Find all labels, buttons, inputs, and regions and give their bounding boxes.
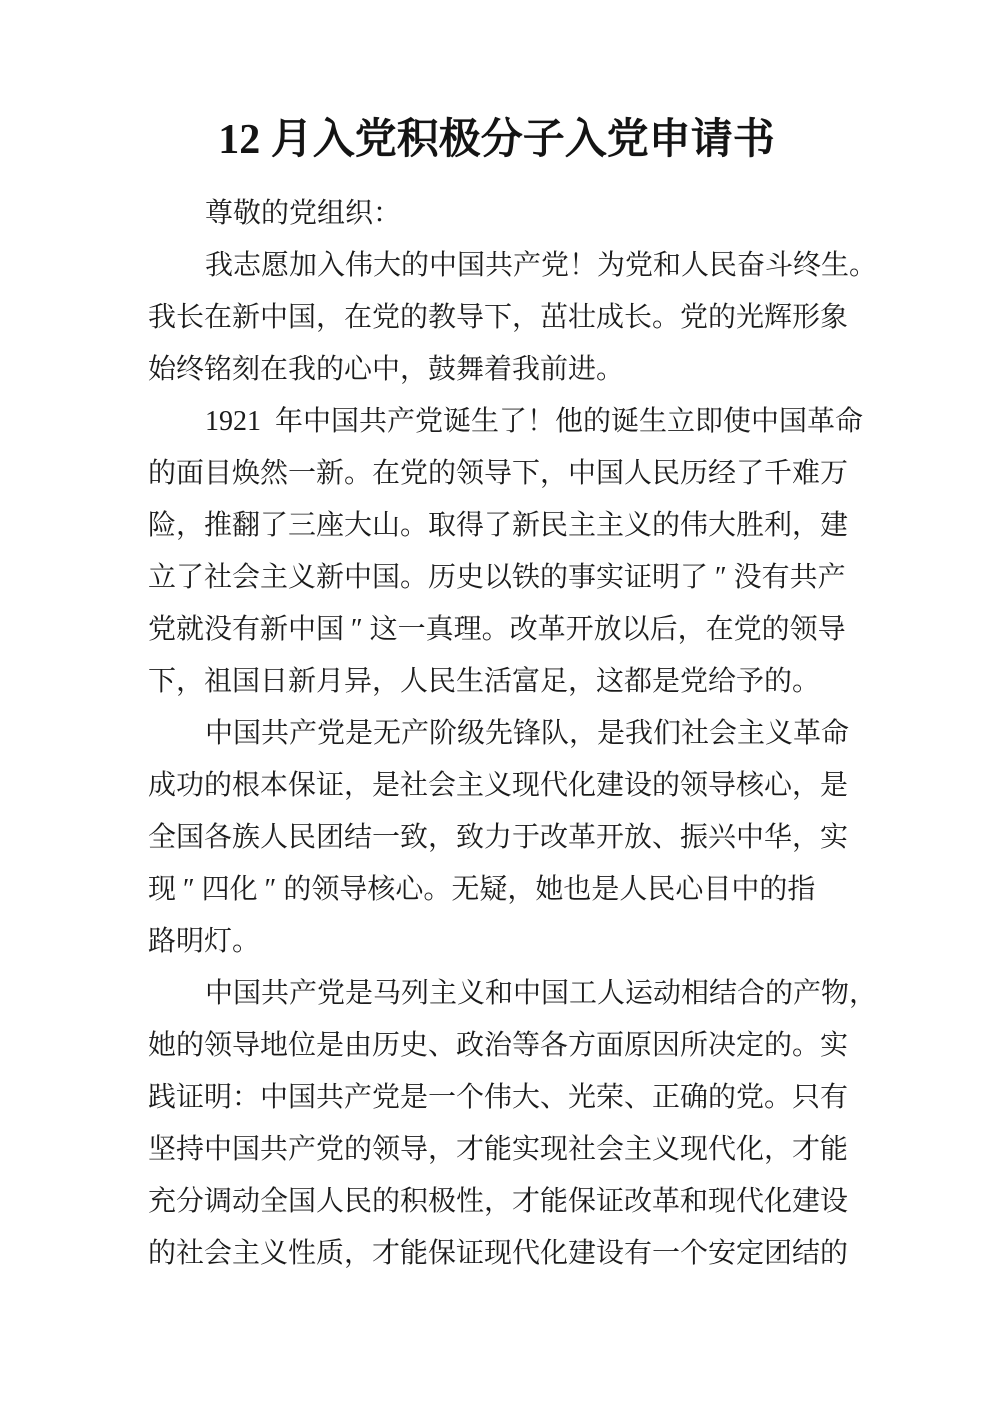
text-line: 中国共产党是马列主义和中国工人运动相结合的产物， — [0, 968, 993, 1020]
paragraph: 中国共产党是马列主义和中国工人运动相结合的产物，她的领导地位是由历史、政治等各方… — [0, 968, 993, 1280]
text-line: 坚持中国共产党的领导，才能实现社会主义现代化，才能 — [0, 1124, 993, 1176]
paragraph: 1921 年中国共产党诞生了！他的诞生立即使中国革命的面目焕然一新。在党的领导下… — [0, 396, 993, 708]
text-line: 始终铭刻在我的心中，鼓舞着我前进。 — [0, 344, 993, 396]
text-line: 成功的根本保证，是社会主义现代化建设的领导核心，是 — [0, 760, 993, 812]
text-line: 下，祖国日新月异，人民生活富足，这都是党给予的。 — [0, 656, 993, 708]
text-line: 践证明：中国共产党是一个伟大、光荣、正确的党。只有 — [0, 1072, 993, 1124]
text-line: 她的领导地位是由历史、政治等各方面原因所决定的。实 — [0, 1020, 993, 1072]
text-line: 的社会主义性质，才能保证现代化建设有一个安定团结的 — [0, 1228, 993, 1280]
paragraph: 我志愿加入伟大的中国共产党！为党和人民奋斗终生。我长在新中国，在党的教导下，茁壮… — [0, 240, 993, 396]
text-line: 1921 年中国共产党诞生了！他的诞生立即使中国革命 — [0, 396, 993, 448]
text-line: 立了社会主义新中国。历史以铁的事实证明了 ″ 没有共产 — [0, 552, 993, 604]
text-line: 的面目焕然一新。在党的领导下，中国人民历经了千难万 — [0, 448, 993, 500]
text-line: 我志愿加入伟大的中国共产党！为党和人民奋斗终生。 — [0, 240, 993, 292]
document-body: 尊敬的党组织：我志愿加入伟大的中国共产党！为党和人民奋斗终生。我长在新中国，在党… — [0, 188, 993, 1280]
text-line: 险，推翻了三座大山。取得了新民主主义的伟大胜利，建 — [0, 500, 993, 552]
text-line: 尊敬的党组织： — [0, 188, 993, 240]
text-line: 全国各族人民团结一致，致力于改革开放、振兴中华，实 — [0, 812, 993, 864]
paragraph: 尊敬的党组织： — [0, 188, 993, 240]
text-line: 现 ″ 四化 ″ 的领导核心。无疑，她也是人民心目中的指 — [0, 864, 993, 916]
text-line: 党就没有新中国 ″ 这一真理。改革开放以后，在党的领导 — [0, 604, 993, 656]
text-line: 路明灯。 — [0, 916, 993, 968]
text-line: 中国共产党是无产阶级先锋队，是我们社会主义革命 — [0, 708, 993, 760]
document-title: 12 月入党积极分子入党申请书 — [0, 0, 993, 172]
document-page: 12 月入党积极分子入党申请书 尊敬的党组织：我志愿加入伟大的中国共产党！为党和… — [0, 0, 993, 1404]
paragraph: 中国共产党是无产阶级先锋队，是我们社会主义革命成功的根本保证，是社会主义现代化建… — [0, 708, 993, 968]
text-line: 我长在新中国，在党的教导下，茁壮成长。党的光辉形象 — [0, 292, 993, 344]
text-line: 充分调动全国人民的积极性，才能保证改革和现代化建设 — [0, 1176, 993, 1228]
